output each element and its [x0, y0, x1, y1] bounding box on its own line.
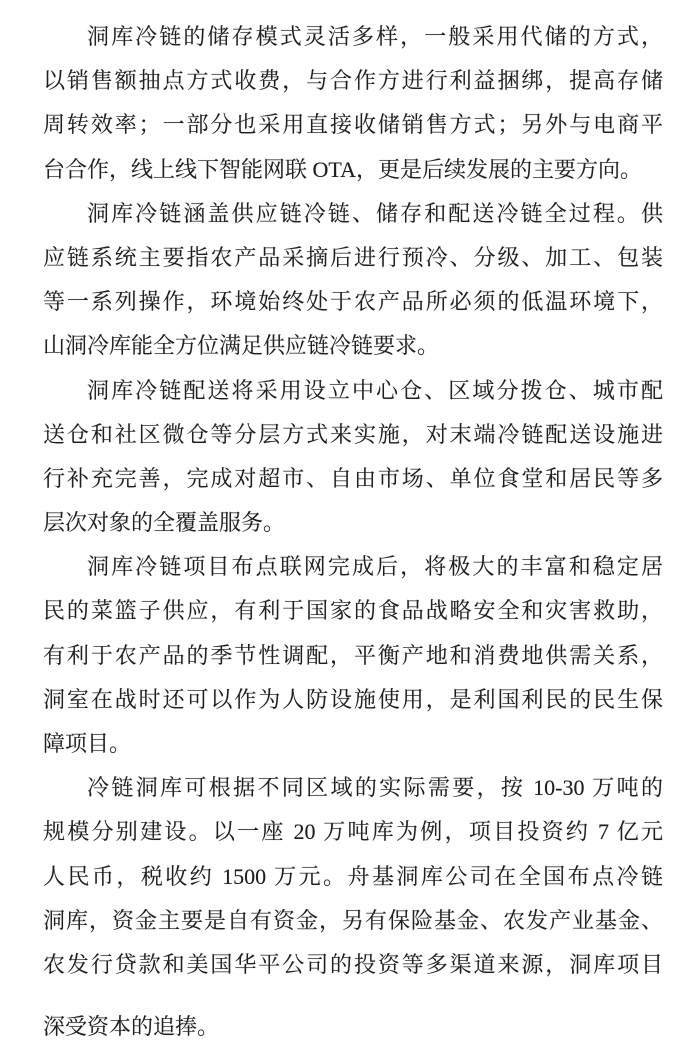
text-line: 洞库冷链的储存模式灵活多样，一般采用代储的方式， — [43, 15, 663, 59]
text-line: 民的菜篮子供应，有利于国家的食品战略安全和灾害救助， — [43, 589, 663, 633]
text-line: 周转效率；一部分也采用直接收储销售方式；另外与电商平 — [43, 103, 663, 147]
text-line: 人民币，税收约 1500 万元。舟基洞库公司在全国布点冷链 — [43, 855, 663, 899]
paragraph: 冷链洞库可根据不同区域的实际需要，按 10-30 万吨的规模分别建设。以一座 2… — [43, 766, 663, 1049]
text-line: 障项目。 — [43, 722, 663, 766]
text-line: 洞库冷链涵盖供应链冷链、储存和配送冷链全过程。供 — [43, 192, 663, 236]
text-line: 规模分别建设。以一座 20 万吨库为例，项目投资约 7 亿元 — [43, 810, 663, 854]
text-line: 冷链洞库可根据不同区域的实际需要，按 10-30 万吨的 — [43, 766, 663, 810]
paragraph: 洞库冷链涵盖供应链冷链、储存和配送冷链全过程。供应链系统主要指农产品采摘后进行预… — [43, 192, 663, 369]
text-line: 台合作，线上线下智能网联 OTA，更是后续发展的主要方向。 — [43, 148, 663, 192]
text-line: 洞室在战时还可以作为人防设施使用，是利国利民的民生保 — [43, 678, 663, 722]
text-line: 等一系列操作，环境始终处于农产品所必须的低温环境下， — [43, 280, 663, 324]
text-line: 深受资本的追捧。 — [43, 1005, 663, 1049]
text-line: 层次对象的全覆盖服务。 — [43, 501, 663, 545]
text-line: 农发行贷款和美国华平公司的投资等多渠道来源，洞库项目 — [43, 943, 663, 987]
text-line: 以销售额抽点方式收费，与合作方进行利益捆绑，提高存储 — [43, 59, 663, 103]
paragraph: 洞库冷链的储存模式灵活多样，一般采用代储的方式，以销售额抽点方式收费，与合作方进… — [43, 15, 663, 192]
text-line: 有利于农产品的季节性调配，平衡产地和消费地供需关系， — [43, 634, 663, 678]
text-line: 洞库，资金主要是自有资金，另有保险基金、农发产业基金、 — [43, 899, 663, 943]
text-line: 山洞冷库能全方位满足供应链冷链要求。 — [43, 324, 663, 368]
text-line: 应链系统主要指农产品采摘后进行预冷、分级、加工、包装 — [43, 236, 663, 280]
document-body: 洞库冷链的储存模式灵活多样，一般采用代储的方式，以销售额抽点方式收费，与合作方进… — [0, 0, 683, 1049]
text-line: 送仓和社区微仓等分层方式来实施，对末端冷链配送设施进 — [43, 413, 663, 457]
text-line: 洞库冷链配送将采用设立中心仓、区域分拨仓、城市配 — [43, 369, 663, 413]
text-line: 行补充完善，完成对超市、自由市场、单位食堂和居民等多 — [43, 457, 663, 501]
paragraph: 洞库冷链项目布点联网完成后，将极大的丰富和稳定居民的菜篮子供应，有利于国家的食品… — [43, 545, 663, 766]
paragraph: 洞库冷链配送将采用设立中心仓、区域分拨仓、城市配送仓和社区微仓等分层方式来实施，… — [43, 369, 663, 546]
document-page: 洞库冷链的储存模式灵活多样，一般采用代储的方式，以销售额抽点方式收费，与合作方进… — [0, 0, 683, 1056]
text-line: 洞库冷链项目布点联网完成后，将极大的丰富和稳定居 — [43, 545, 663, 589]
